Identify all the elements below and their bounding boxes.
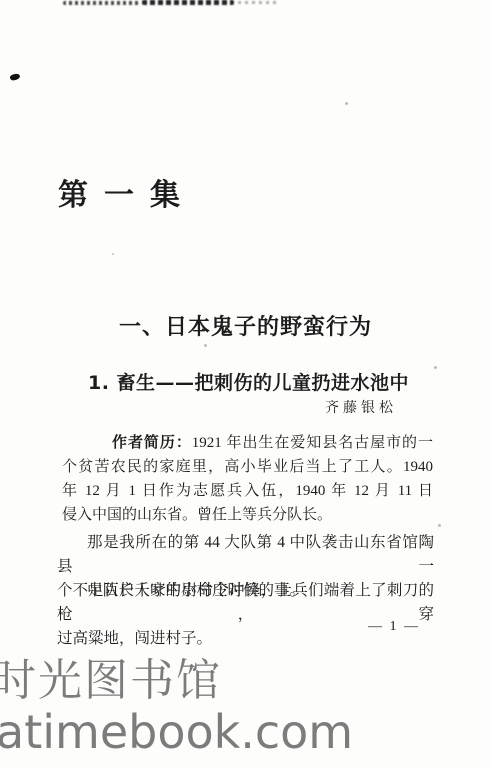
author-name: 齐藤银松	[325, 397, 397, 417]
scan-speck	[434, 366, 437, 369]
paragraph-line: 那是我所在的第 44 大队第 4 中队袭击山东省馆陶县一	[57, 531, 434, 579]
ink-speck	[9, 73, 20, 82]
scan-smudge	[63, 1, 141, 5]
page-number: — 1 —	[368, 619, 420, 635]
bio-line: 个贫苦农民的家庭里，高小毕业后当上了工人。1940	[62, 455, 433, 479]
article-subtitle: 1. 畜生——把刺伤的儿童扔进水池中	[88, 368, 409, 395]
bio-lead-label: 作者简历：	[112, 435, 192, 451]
bio-line-text: 1921 年出生在爱知县名古屋市的一	[192, 435, 433, 451]
bio-line: 侵入中国的山东省。曾任上等兵分队长。	[62, 503, 433, 527]
scan-speck	[345, 102, 348, 105]
body-paragraph: 中队长千叶中尉命令冲锋，士兵们端着上了刺刀的枪，穿 过高粱地，闯进村子。	[57, 579, 434, 651]
bio-line: 作者简历：1921 年出生在爱知县名古屋市的一	[62, 431, 433, 455]
scan-speck	[112, 253, 114, 255]
volume-title: 第一集	[58, 170, 196, 214]
watermark-site-name: 时光图书馆	[0, 658, 222, 704]
bio-line: 年 12 月 1 日作为志愿兵入伍，1940 年 12 月 11 日	[62, 479, 433, 503]
scanned-book-page: 第一集 一、日本鬼子的野蛮行为 1. 畜生——把刺伤的儿童扔进水池中 齐藤银松 …	[0, 0, 491, 768]
author-bio-paragraph: 作者简历：1921 年出生在爱知县名古屋市的一 个贫苦农民的家庭里，高小毕业后当…	[62, 431, 433, 527]
section-title: 一、日本鬼子的野蛮行为	[0, 310, 491, 341]
watermark-site-url: atimebook.com	[0, 708, 353, 756]
scan-smudge	[238, 1, 280, 4]
scan-speck	[438, 524, 441, 527]
scan-smudge	[142, 0, 234, 5]
scan-speck	[204, 344, 207, 347]
